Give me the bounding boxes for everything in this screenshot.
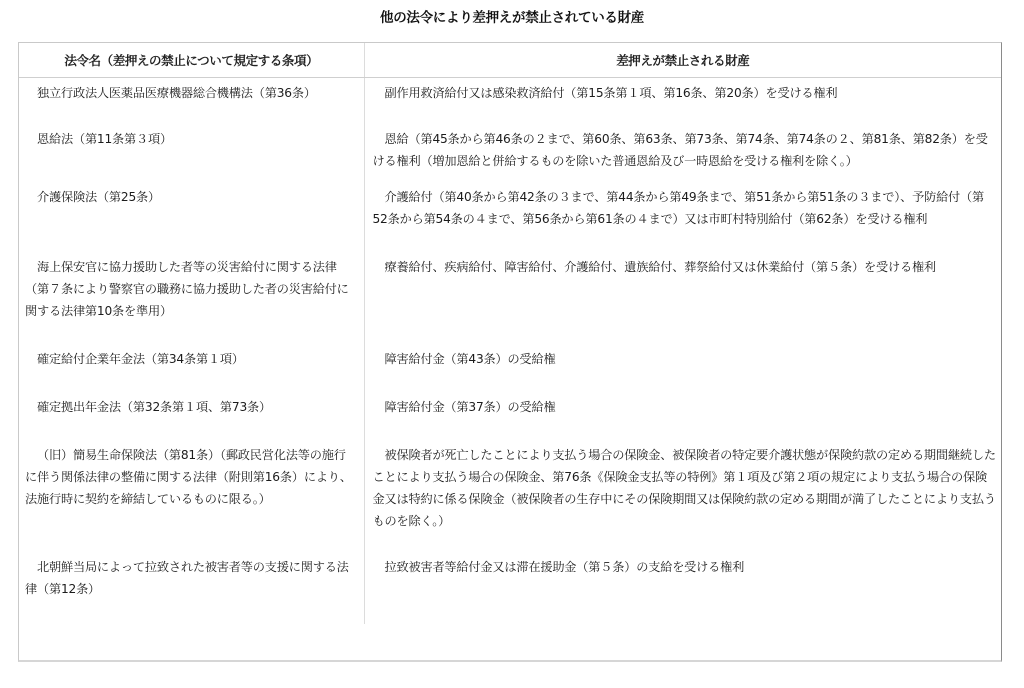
property-cell: 療養給付、疾病給付、障害給付、介護給付、遺族給付、葬祭給付又は休業給付（第５条）… [364, 254, 1001, 346]
property-text: 恩給（第45条から第46条の２まで、第60条、第63条、第73条、第74条、第7… [373, 132, 988, 168]
law-text: 確定給付企業年金法（第34条第１項） [37, 352, 244, 366]
law-cell: 確定拠出年金法（第32条第１項、第73条） [19, 394, 364, 442]
law-text: （旧）簡易生命保険法（第81条）（郵政民営化法等の施行に伴う関係法律の整備に関す… [25, 448, 352, 506]
law-text: 恩給法（第11条第３項） [37, 132, 172, 146]
property-cell: 障害給付金（第43条）の受給権 [364, 346, 1001, 394]
law-cell: 独立行政法人医薬品医療機器総合機構法（第36条） [19, 78, 364, 127]
table-row: 確定拠出年金法（第32条第１項、第73条） 障害給付金（第37条）の受給権 [19, 394, 1001, 442]
law-cell: 海上保安官に協力援助した者等の災害給付に関する法律（第７条により警察官の職務に協… [19, 254, 364, 346]
table-row: 北朝鮮当局によって拉致された被害者等の支援に関する法律（第12条） 拉致被害者等… [19, 554, 1001, 624]
table-row: 独立行政法人医薬品医療機器総合機構法（第36条） 副作用救済給付又は感染救済給付… [19, 78, 1001, 127]
law-text: 海上保安官に協力援助した者等の災害給付に関する法律（第７条により警察官の職務に協… [25, 260, 349, 318]
header-law-name: 法令名（差押えの禁止について規定する条項） [19, 43, 364, 78]
property-cell: 恩給（第45条から第46条の２まで、第60条、第63条、第73条、第74条、第7… [364, 126, 1001, 184]
property-cell: 障害給付金（第37条）の受給権 [364, 394, 1001, 442]
law-cell: 確定給付企業年金法（第34条第１項） [19, 346, 364, 394]
property-text: 障害給付金（第37条）の受給権 [385, 400, 556, 414]
property-text: 療養給付、疾病給付、障害給付、介護給付、遺族給付、葬祭給付又は休業給付（第５条）… [385, 260, 936, 274]
table-row: （旧）簡易生命保険法（第81条）（郵政民営化法等の施行に伴う関係法律の整備に関す… [19, 442, 1001, 554]
law-text: 確定拠出年金法（第32条第１項、第73条） [37, 400, 271, 414]
document-title: 他の法令により差押えが禁止されている財産 [0, 6, 1024, 26]
property-text: 副作用救済給付又は感染救済給付（第15条第１項、第16条、第20条）を受ける権利 [385, 86, 838, 100]
property-text: 拉致被害者等給付金又は滞在援助金（第５条）の支給を受ける権利 [385, 560, 745, 574]
property-text: 介護給付（第40条から第42条の３まで、第44条から第49条まで、第51条から第… [373, 190, 985, 226]
law-cell: （旧）簡易生命保険法（第81条）（郵政民営化法等の施行に伴う関係法律の整備に関す… [19, 442, 364, 554]
law-text: 北朝鮮当局によって拉致された被害者等の支援に関する法律（第12条） [25, 560, 349, 596]
header-exempt-property: 差押えが禁止される財産 [364, 43, 1001, 78]
law-text: 独立行政法人医薬品医療機器総合機構法（第36条） [37, 86, 316, 100]
law-cell: 恩給法（第11条第３項） [19, 126, 364, 184]
property-text: 被保険者が死亡したことにより支払う場合の保険金、被保険者の特定要介護状態が保険約… [373, 448, 996, 528]
table-row: 確定給付企業年金法（第34条第１項） 障害給付金（第43条）の受給権 [19, 346, 1001, 394]
property-cell: 被保険者が死亡したことにより支払う場合の保険金、被保険者の特定要介護状態が保険約… [364, 442, 1001, 554]
property-cell: 副作用救済給付又は感染救済給付（第15条第１項、第16条、第20条）を受ける権利 [364, 78, 1001, 127]
property-cell: 拉致被害者等給付金又は滞在援助金（第５条）の支給を受ける権利 [364, 554, 1001, 624]
law-cell: 介護保険法（第25条） [19, 184, 364, 254]
law-cell: 北朝鮮当局によって拉致された被害者等の支援に関する法律（第12条） [19, 554, 364, 624]
table-row: 海上保安官に協力援助した者等の災害給付に関する法律（第７条により警察官の職務に協… [19, 254, 1001, 346]
property-text: 障害給付金（第43条）の受給権 [385, 352, 556, 366]
table-header-row: 法令名（差押えの禁止について規定する条項） 差押えが禁止される財産 [19, 43, 1001, 78]
table-row: 介護保険法（第25条） 介護給付（第40条から第42条の３まで、第44条から第4… [19, 184, 1001, 254]
document-page: 他の法令により差押えが禁止されている財産 法令名（差押えの禁止について規定する条… [0, 0, 1024, 688]
table: 法令名（差押えの禁止について規定する条項） 差押えが禁止される財産 独立行政法人… [19, 43, 1001, 624]
table-row: 恩給法（第11条第３項） 恩給（第45条から第46条の２まで、第60条、第63条… [19, 126, 1001, 184]
exempt-property-table: 法令名（差押えの禁止について規定する条項） 差押えが禁止される財産 独立行政法人… [18, 42, 1002, 662]
property-cell: 介護給付（第40条から第42条の３まで、第44条から第49条まで、第51条から第… [364, 184, 1001, 254]
law-text: 介護保険法（第25条） [37, 190, 160, 204]
